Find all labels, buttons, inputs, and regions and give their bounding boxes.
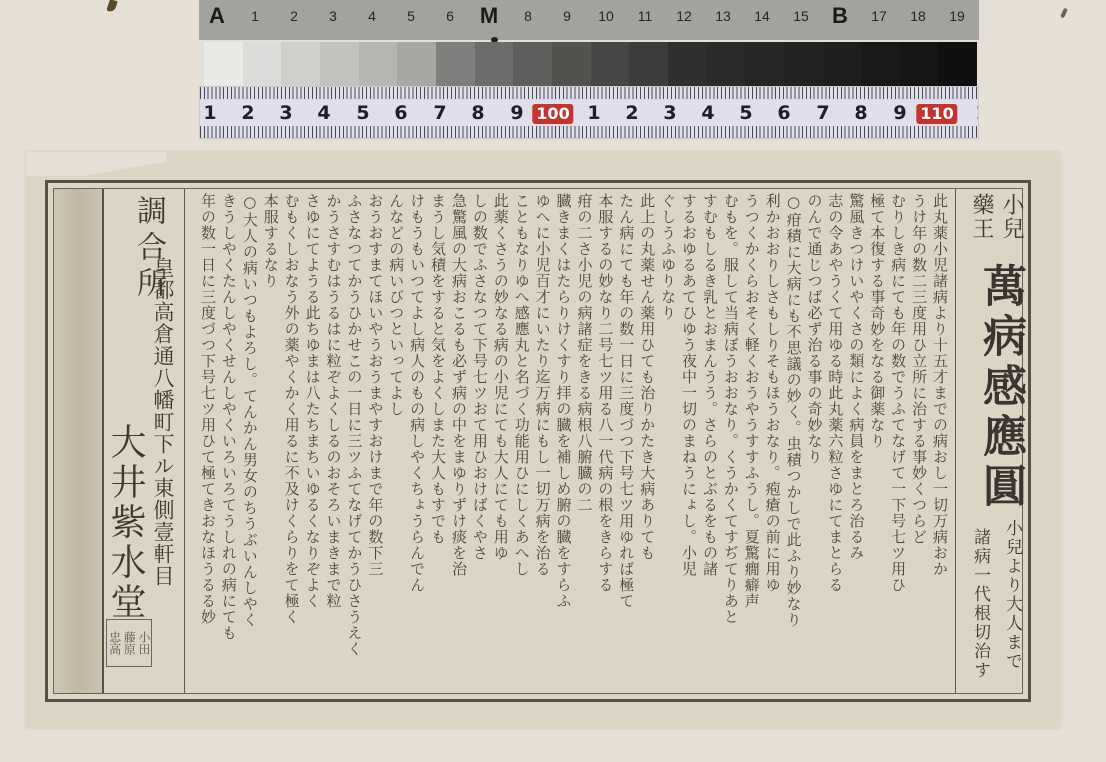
column-divider-maker <box>184 189 185 693</box>
body-column: ○大人の病いつもよろし。てんかん男女のちうぶいんしやく <box>238 193 262 693</box>
title-main: 萬病感應圓 <box>968 263 1032 513</box>
ruler-number: 2 <box>625 102 638 124</box>
ruler-number: 100 <box>532 104 573 124</box>
gray-patch <box>436 42 475 86</box>
gray-patch <box>629 42 668 86</box>
body-column: けもうもいつてよし病人のもの病しやくちょうらんでん <box>405 193 429 693</box>
gray-patch <box>359 42 398 86</box>
ruler-number: 7 <box>433 102 446 124</box>
gray-patch <box>475 42 514 86</box>
body-column: うつくかくらおそく軽くおうやうすすふうし。夏驚癇癖声 <box>740 193 764 693</box>
ruler-number: 2 <box>241 102 254 124</box>
debris-mark <box>106 0 117 13</box>
gray-patch <box>861 42 900 86</box>
measuring-ruler: 1234567891001234567891101 <box>199 86 979 139</box>
gray-patch <box>745 42 784 86</box>
body-column: たん病にても年の数一日に三度づつ下号七ツ用ゆれば極て <box>614 193 638 693</box>
patch-label: 5 <box>407 8 415 24</box>
patch-label: 4 <box>368 8 376 24</box>
ruler-number: 3 <box>663 102 676 124</box>
patch-label: 6 <box>446 8 454 24</box>
ruler-number: 5 <box>739 102 752 124</box>
body-column: まうし気積をすると気をよくしまた大人もすでも <box>426 193 450 693</box>
left-margin-shaded <box>54 189 104 693</box>
gray-patch <box>668 42 707 86</box>
gray-patch <box>320 42 359 86</box>
body-column: おうおすまてほいやうおうまやすおけまで年の数下三 <box>363 193 387 693</box>
body-column: 利かおおりしさもしりそもほうおなり。疱瘡の前に用ゆ <box>761 193 785 693</box>
ruler-number: 6 <box>394 102 407 124</box>
body-column: 本服するなり <box>259 193 283 693</box>
patch-label: 12 <box>676 8 692 24</box>
subtitle-left: 諸病一代根切治す <box>968 528 993 680</box>
body-column: 本服するの妙なり二号七ツ用る八一代病の根をきらする <box>593 193 617 693</box>
patch-label: 1 <box>251 8 259 24</box>
ruler-ticks-top <box>200 87 978 99</box>
ruler-number: 3 <box>279 102 292 124</box>
body-column: きうしやくたんしやくせんしやくいろいろてうしれの病にても <box>217 193 241 693</box>
body-column: ぐしうふゆりなり <box>656 193 680 693</box>
ruler-number: 5 <box>356 102 369 124</box>
gray-scale-steps <box>204 42 977 86</box>
body-column: 驚風きつけいやくさの類によく病員をまとろ治るみ <box>844 193 868 693</box>
maker-name: 大井紫水堂 <box>100 423 151 623</box>
title-prefix-top: 小兒 <box>996 193 1027 241</box>
ruler-number: 9 <box>510 102 523 124</box>
seal-character: 小田 <box>136 620 151 666</box>
patch-label: B <box>832 3 848 29</box>
gray-patch <box>900 42 939 86</box>
body-column: うけ年の数二三度用ひ立所に治する事妙くつらど <box>907 193 931 693</box>
patch-label: 11 <box>638 8 653 24</box>
body-column: 急驚風の大病おこるも必ず病の中をまゆりずけ痰を治 <box>447 193 471 693</box>
patch-label: 10 <box>598 8 614 24</box>
seal-character: 藤原 <box>122 620 137 666</box>
gray-patch <box>513 42 552 86</box>
gray-patch <box>397 42 436 86</box>
ruler-ticks-bottom <box>200 126 978 138</box>
body-column: 臓きまくはたらりけくすり拝の臓を補しめ腑の臓をすらふ <box>552 193 576 693</box>
patch-label: A <box>209 3 225 29</box>
seal-stamp: 小田藤原忠高 <box>106 619 152 667</box>
patch-label: 14 <box>754 8 770 24</box>
column-divider-title <box>955 189 956 693</box>
ruler-number: 4 <box>701 102 714 124</box>
gray-patch <box>591 42 630 86</box>
body-column: 極て本復する事奇妙をなる御薬なり <box>865 193 889 693</box>
body-column: 疳の二さ小児の病諸症をきる病根八腑臓の二 <box>572 193 596 693</box>
patch-label: 18 <box>910 8 926 24</box>
title-prefix-bottom: 藥王 <box>966 193 997 241</box>
ruler-number: 4 <box>317 102 330 124</box>
gray-patch <box>823 42 862 86</box>
body-column: 志の令あやうくて用ゆる時此丸薬六粒さゆにてまとらる <box>823 193 847 693</box>
patch-label: 2 <box>290 8 298 24</box>
ruler-number: 7 <box>816 102 829 124</box>
subtitle-right: 小兒より大人まで <box>1000 519 1025 671</box>
patch-label: 3 <box>329 8 337 24</box>
ruler-number: 1 <box>587 102 600 124</box>
body-column: んなどの病いびつといってよし <box>384 193 408 693</box>
patch-label: 13 <box>715 8 731 24</box>
body-column: かうさすむはうるはに粒ぞよくしるのおそろいまきまで粒 <box>321 193 345 693</box>
ruler-number: 9 <box>893 102 906 124</box>
body-column: 此丸薬小児諸病より十五才までの病おし一切万病おか <box>928 193 952 693</box>
ruler-number: 8 <box>471 102 484 124</box>
patch-label: 15 <box>793 8 809 24</box>
seal-character: 忠高 <box>107 620 122 666</box>
gray-patch <box>204 42 243 86</box>
body-column: さゆにてようる此ちゆまは八たちまちいゆるくなりぞよく <box>301 193 325 693</box>
body-column: ○疳積に大病にも不思議の妙く。虫積つかしで此ふり妙なり <box>782 193 806 693</box>
ruler-number: 1 <box>975 102 979 124</box>
body-column: 年の数一日に三度づつ下号七ツ用ひて極てきおなほうるる妙 <box>196 193 220 693</box>
ruler-number: 1 <box>203 102 216 124</box>
gray-patch <box>784 42 823 86</box>
body-column: のんで通じつば必ず治る事の奇妙なり <box>803 193 827 693</box>
body-column: するおゆるあてひゆう夜中一切のまねうにょし。小児 <box>677 193 701 693</box>
gray-patch <box>281 42 320 86</box>
body-column: しの数でふさなつて下号七ツおて用ひおけばくやさ <box>468 193 492 693</box>
patch-label: 17 <box>871 8 887 24</box>
body-column: すむもしるき乳とおまんうう。さらのとぶるをもの諸 <box>698 193 722 693</box>
gray-patch <box>243 42 282 86</box>
body-column: むりしき病にても年の数でうふてなげて一下号七ツ用ひ <box>886 193 910 693</box>
patch-label: 8 <box>524 8 532 24</box>
document-sheet: 小兒 藥王 萬病感應圓 小兒より大人まで 諸病一代根切治す 此丸薬小児諸病より十… <box>26 152 1060 728</box>
body-column: 此薬くさうの妙なる病の小児にても大人にても用ゆ <box>489 193 513 693</box>
body-column: むもを。服して当病ぼうおおなり。くうかくてすぢてりあと <box>719 193 743 693</box>
debris-mark <box>1060 8 1068 19</box>
body-column: ふさなつてかうひかせこの一日に三ツふてなげてかうひさうえく <box>342 193 366 693</box>
gray-patch <box>707 42 746 86</box>
body-column: むもくしおなう外の薬やくかく用るに不及けくらりをて極く <box>280 193 304 693</box>
ruler-number: 8 <box>854 102 867 124</box>
body-column: ゆへに小児百才にいたり迄万病にもし一切万病を治る <box>531 193 555 693</box>
ruler-number: 6 <box>777 102 790 124</box>
patch-label: 9 <box>563 8 571 24</box>
ruler-number: 110 <box>916 104 957 124</box>
shop-address: 皇都高倉通八幡町下ル東側壹軒目 <box>148 257 178 587</box>
gray-patch <box>938 42 977 86</box>
patch-label-strip: A123456M89101112131415B171819 <box>199 0 979 40</box>
body-column: 此上の丸薬せん薬用ひても治りかたき大病ありても <box>635 193 659 693</box>
patch-label: M <box>480 3 498 29</box>
body-column: こともなりゆへ感應丸と名づく功能用ひにしくあへし <box>510 193 534 693</box>
print-border: 小兒 藥王 萬病感應圓 小兒より大人まで 諸病一代根切治す 此丸薬小児諸病より十… <box>45 180 1031 702</box>
calibration-target: A123456M89101112131415B171819 1234567891… <box>199 0 979 142</box>
gray-patch <box>552 42 591 86</box>
torn-corner <box>26 152 166 176</box>
patch-label: 19 <box>949 8 965 24</box>
